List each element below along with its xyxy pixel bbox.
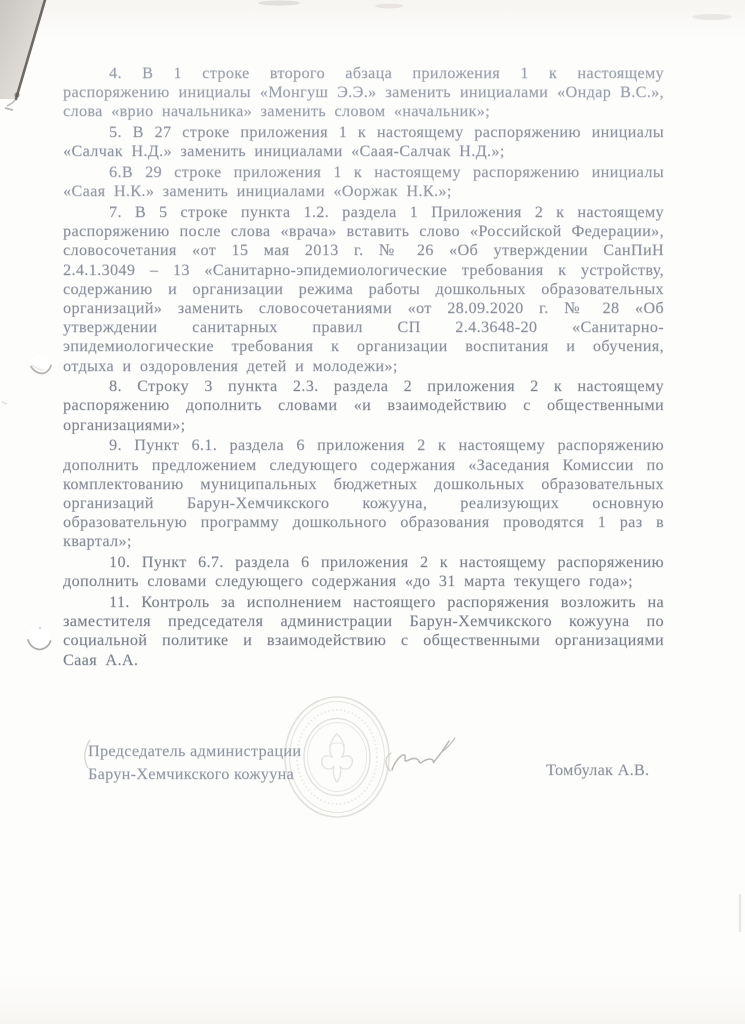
hole-punch-mark-bottom xyxy=(28,626,51,650)
hole-punch-mark-top xyxy=(30,355,52,374)
scanned-document-page: 4. В 1 строке второго абзаца приложения … xyxy=(0,0,745,1024)
signer-position-line1: Председатель администрации xyxy=(88,740,301,763)
paragraph-11: 11. Контроль за исполнением настоящего р… xyxy=(63,593,664,670)
paragraph-9: 9. Пункт 6.1. раздела 6 приложения 2 к н… xyxy=(63,436,664,551)
signer-position: Председатель администрации Барун-Хемчикс… xyxy=(88,740,301,786)
paragraph-10: 10. Пункт 6.7. раздела 6 приложения 2 к … xyxy=(63,553,664,591)
paragraph-7: 7. В 5 строке пункта 1.2. раздела 1 Прил… xyxy=(63,203,664,376)
page-fold-artifact xyxy=(0,0,45,110)
paragraph-8: 8. Строку 3 пункта 2.3. раздела 2 прилож… xyxy=(63,377,664,435)
paragraph-6: 6.В 29 строке приложения 1 к настоящему … xyxy=(63,163,664,201)
paragraph-4: 4. В 1 строке второго абзаца приложения … xyxy=(63,64,664,122)
paragraph-5: 5. В 27 строке приложения 1 к настоящему… xyxy=(63,123,664,161)
signer-name: Томбулак А.В. xyxy=(546,761,649,780)
signature-icon xyxy=(378,728,470,778)
document-body: 4. В 1 строке второго абзаца приложения … xyxy=(63,64,664,671)
signer-position-line2: Барун-Хемчикского кожууна xyxy=(88,763,301,786)
